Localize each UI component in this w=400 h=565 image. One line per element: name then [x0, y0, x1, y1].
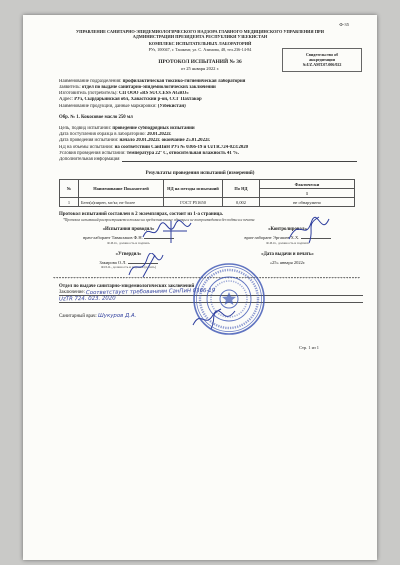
detail-value: проведение субподрядных испытаний	[112, 126, 194, 131]
detail-label: Наименование подразделения:	[59, 79, 121, 84]
copies-line: Протокол испытаний составлен в 2 экземпл…	[59, 212, 357, 217]
cell-norm: 0,002	[223, 198, 260, 207]
results-header-row: № Наименование Показателей НД на методы …	[60, 180, 355, 189]
signature-name-line: врач-лаборант Эргашев Х.Х.	[208, 235, 367, 240]
col-indicator: Наименование Показателей	[79, 180, 164, 198]
detail-label: Изготовитель (потребитель):	[59, 91, 118, 96]
col-fact: Фактически	[260, 180, 355, 189]
detail-value: СП ООО «RS SUCCESS AGRO»	[119, 91, 189, 96]
signature-name: Закирова О.Л.	[99, 260, 126, 265]
signature-underline	[301, 235, 331, 239]
blank-underline	[122, 157, 357, 162]
round-stamp	[191, 261, 267, 337]
col-number: №	[60, 180, 79, 198]
additional-info-label: Дополнительная информация	[59, 157, 119, 163]
detail-label: Адрес:	[59, 97, 73, 102]
document-page: Ф-35 УПРАВЛЕНИЕ САНИТАРНО-ЭПИДЕМИОЛОГИЧЕ…	[23, 15, 377, 560]
detail-label: Дата поступления образца в лабораторию:	[59, 132, 146, 137]
form-code: Ф-35	[339, 22, 349, 27]
detail-value: на соответствии СанПиН РУз № 0366-19 и U…	[115, 145, 248, 150]
cell-number: 1	[60, 198, 79, 207]
footnote: *Протокол испытаний распространяется тол…	[63, 218, 357, 222]
signature-caption: Ф.И.О., должность и подпись	[208, 241, 367, 245]
signature-caption: Ф.И.О., должность и подпись	[49, 241, 208, 245]
detail-value: профилактическая токсико-гигиеническая л…	[123, 79, 246, 84]
detail-label: Дата проведения испытаний:	[59, 138, 118, 143]
laboratory-name: КОМПЛЕКС ИСПЫТАТЕЛЬНЫХ ЛАБОРАТОРИЙ	[23, 41, 377, 46]
signature-underline	[144, 235, 174, 239]
results-table: № Наименование Показателей НД на методы …	[59, 179, 355, 207]
organization-name: УПРАВЛЕНИЕ САНИТАРНО-ЭПИДЕМИОЛОГИЧЕСКОГО…	[66, 29, 334, 40]
detail-label: Наименование продукции, данные маркировк…	[59, 104, 157, 109]
detail-value: температура 22° С, относительная влажнос…	[127, 151, 239, 156]
detail-value: начало 20.01.2022г. окончание 25.01.2022…	[120, 138, 211, 143]
detail-label: Цель, подвид испытаний:	[59, 126, 111, 131]
signature-title: «Контролировал»	[208, 227, 367, 232]
detail-line: Наименование продукции, данные маркировк…	[59, 104, 357, 110]
col-method: НД на методы испытаний	[164, 180, 223, 198]
sample-line: Обр. № 1. Кокосовое масло 250 мл	[59, 115, 357, 121]
detail-value: РУз, Сырдарьинская обл, Хавастский р-он,…	[74, 97, 201, 102]
table-row: 1 Бенз(а)пирен, мг/кг, не более ГОСТ Р51…	[60, 198, 355, 207]
col-fact-sub: 1	[260, 189, 355, 198]
accreditation-number: №UZ.AMT.07.006/022	[285, 62, 359, 67]
page-number: Стр. 1 из 1	[299, 345, 319, 350]
scanned-document-background: { "colors": { "paper": "#fcfcf9", "backg…	[0, 0, 400, 565]
cell-fact: не обнаружено	[260, 198, 355, 207]
document-details: Наименование подразделения: профилактиче…	[59, 79, 357, 163]
signature-underline	[128, 260, 158, 264]
signature-name-line: Закирова О.Л.	[49, 260, 208, 265]
conclusion-label: Заключение:	[59, 290, 85, 295]
detail-value: отдел по выдаче санитарно-эпидемиологиче…	[82, 85, 216, 90]
handwritten-conclusion-2: UzTR 724. 023. 2020	[59, 296, 116, 303]
signature-title: «Дата выдачи и печать»	[208, 252, 367, 257]
handwritten-doctor-name: Шукуров Д.А.	[98, 313, 136, 319]
signature-title: «Испытания проводил»	[49, 227, 208, 232]
accreditation-box: Свидетельство об аккредитации №UZ.AMT.07…	[282, 48, 362, 72]
additional-info-line: Дополнительная информация	[59, 157, 357, 163]
doctor-label: Санитарный врач:	[59, 314, 97, 319]
signature-name: врач-лаборант Эргашев Х.Х.	[244, 235, 299, 240]
signature-caption: Ф.И.О., должность и подпись (печать)	[49, 265, 208, 269]
detail-label: Условия проведения испытаний:	[59, 151, 126, 156]
col-norm: По НД	[223, 180, 260, 198]
results-title: Результаты проведения испытаний (измерен…	[23, 171, 377, 176]
cell-method: ГОСТ Р51650	[164, 198, 223, 207]
cell-indicator: Бенз(а)пирен, мг/кг, не более	[79, 198, 164, 207]
detail-label: НД на объемы испытаний:	[59, 145, 113, 150]
detail-value: 20.01.2022г.	[147, 132, 171, 137]
detail-value: (Узбекистан)	[158, 104, 186, 109]
signature-name-line: врач-лаборант Тавакзаков Ф.Н.	[49, 235, 208, 240]
signature-name: врач-лаборант Тавакзаков Ф.Н.	[83, 235, 143, 240]
detail-label: Заявитель:	[59, 85, 81, 90]
signature-title: «Утвердил»	[49, 252, 208, 257]
signature-performed: «Испытания проводил» врач-лаборант Тавак…	[49, 227, 208, 269]
